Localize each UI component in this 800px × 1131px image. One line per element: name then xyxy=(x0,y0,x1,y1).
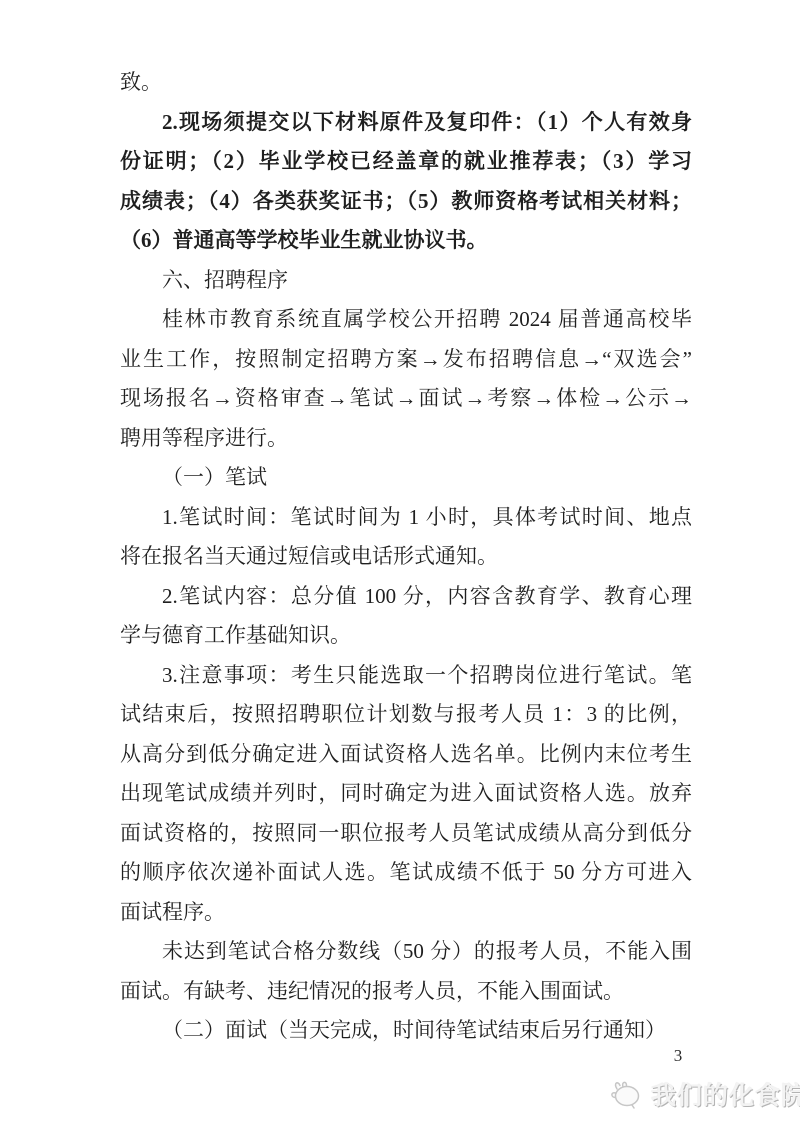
section-heading: 六、招聘程序 xyxy=(120,261,692,301)
doc-line: 成绩表；（4）各类获奖证书；（5）教师资格考试相关材料； xyxy=(120,182,692,222)
doc-line: 致。 xyxy=(120,63,692,103)
doc-line: 面试程序。 xyxy=(120,893,692,933)
doc-line: 2.笔试内容：总分值 100 分，内容含教育学、教育心理 xyxy=(120,577,692,617)
watermark-text: 我们的化食院 xyxy=(651,1076,800,1112)
document-page: 致。 2.现场须提交以下材料原件及复印件：（1）个人有效身 份证明；（2）毕业学… xyxy=(0,0,800,1131)
doc-line: 将在报名当天通过短信或电话形式通知。 xyxy=(120,537,692,577)
section-heading: （二）面试（当天完成，时间待笔试结束后另行通知） xyxy=(120,1011,692,1051)
mascot-icon xyxy=(608,1079,644,1109)
watermark: 我们的化食院 xyxy=(608,1076,800,1112)
doc-line: 2.现场须提交以下材料原件及复印件：（1）个人有效身 xyxy=(120,103,692,143)
doc-line: 业生工作，按照制定招聘方案→发布招聘信息→“双选会” xyxy=(120,340,692,380)
doc-line: 桂林市教育系统直属学校公开招聘 2024 届普通高校毕 xyxy=(120,300,692,340)
doc-line: 试结束后，按照招聘职位计划数与报考人员 1：3 的比例， xyxy=(120,695,692,735)
doc-line: 面试。有缺考、违纪情况的报考人员，不能入围面试。 xyxy=(120,972,692,1012)
doc-line: 学与德育工作基础知识。 xyxy=(120,616,692,656)
doc-line: 的顺序依次递补面试人选。笔试成绩不低于 50 分方可进入 xyxy=(120,853,692,893)
doc-line: 聘用等程序进行。 xyxy=(120,419,692,459)
document-body: 致。 2.现场须提交以下材料原件及复印件：（1）个人有效身 份证明；（2）毕业学… xyxy=(120,63,692,1051)
doc-line: 从高分到低分确定进入面试资格人选名单。比例内末位考生 xyxy=(120,735,692,775)
doc-line: 出现笔试成绩并列时，同时确定为进入面试资格人选。放弃 xyxy=(120,774,692,814)
doc-line: 1.笔试时间：笔试时间为 1 小时，具体考试时间、地点 xyxy=(120,498,692,538)
doc-line: 面试资格的，按照同一职位报考人员笔试成绩从高分到低分 xyxy=(120,814,692,854)
page-number: 3 xyxy=(648,1044,708,1068)
section-heading: （一）笔试 xyxy=(120,458,692,498)
doc-line: 现场报名→资格审查→笔试→面试→考察→体检→公示→ xyxy=(120,379,692,419)
doc-line: （6）普通高等学校毕业生就业协议书。 xyxy=(120,221,692,261)
doc-line: 未达到笔试合格分数线（50 分）的报考人员，不能入围 xyxy=(120,932,692,972)
doc-line: 份证明；（2）毕业学校已经盖章的就业推荐表；（3）学习 xyxy=(120,142,692,182)
doc-line: 3.注意事项：考生只能选取一个招聘岗位进行笔试。笔 xyxy=(120,656,692,696)
